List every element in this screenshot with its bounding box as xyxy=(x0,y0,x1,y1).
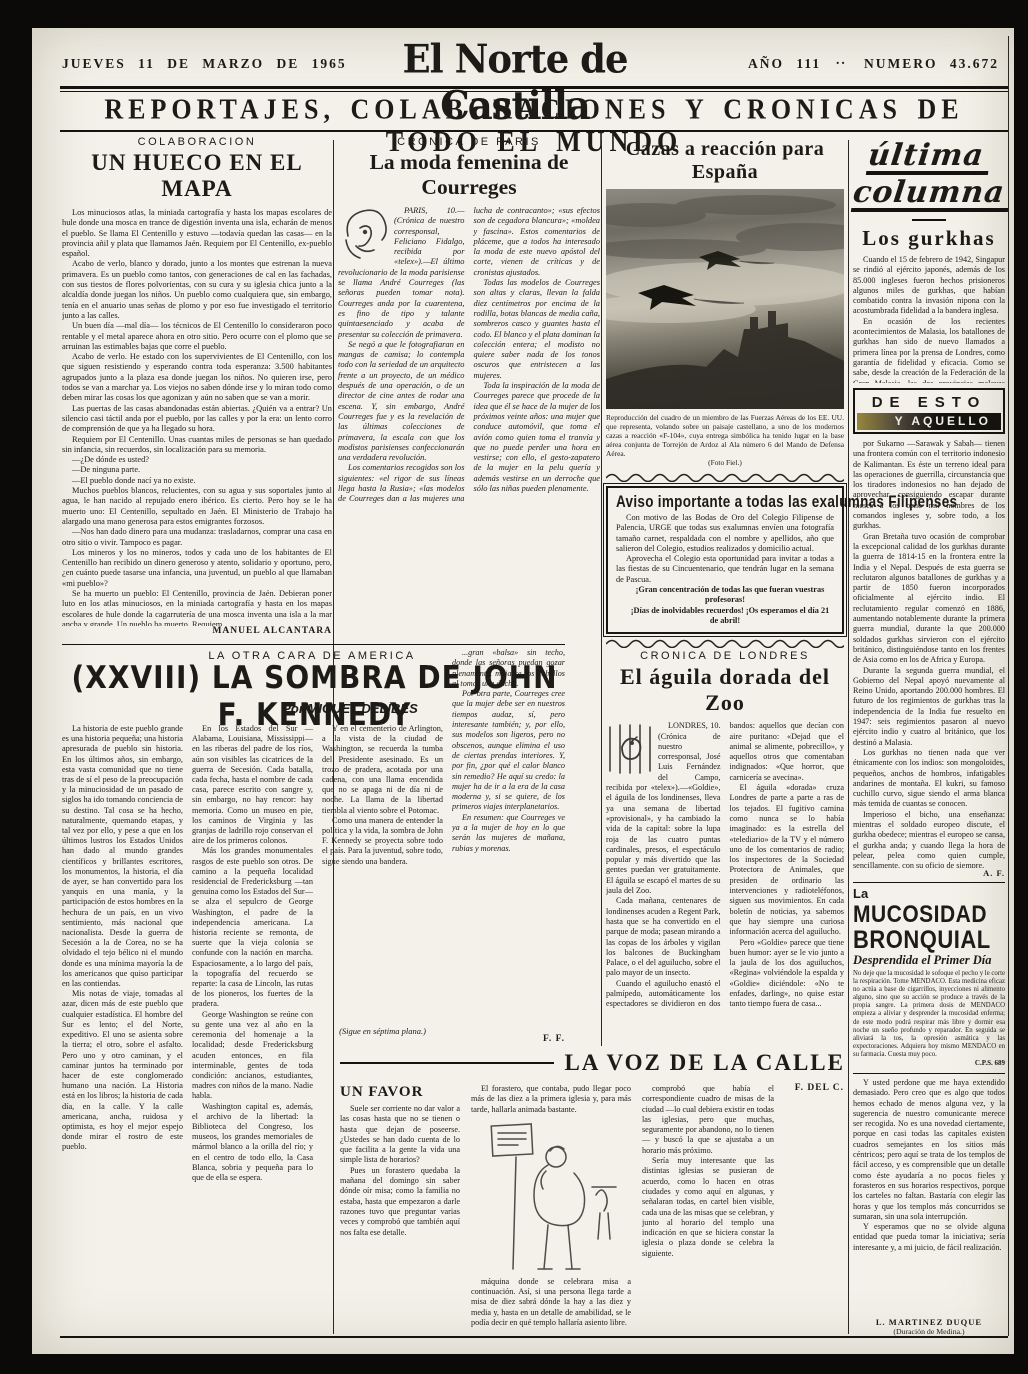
newspaper-page: JUEVES 11 DE MARZO DE 1965 El Norte de C… xyxy=(0,0,1028,1374)
ad-word2: BRONQUIAL xyxy=(853,925,991,955)
hueco-body: Los minuciosos atlas, la miniada cartogr… xyxy=(62,208,332,626)
ad-prefix: La xyxy=(853,886,868,901)
column-rule-c-d xyxy=(848,140,849,1334)
column-d: última columna Los gurkhas Cuando el 15 … xyxy=(853,140,1005,1336)
masthead-year: AÑO 111 xyxy=(748,56,821,72)
courreges-kicker: CRONICA DE PARIS xyxy=(338,136,600,148)
paragraph: Como una manera de entender la política … xyxy=(322,816,443,867)
kennedy-col2: En los Estados del Sur —Alabama, Louisia… xyxy=(192,724,313,1334)
lavoz-header: LA VOZ DE LA CALLE xyxy=(340,1050,845,1076)
unfavor-body-1: Suele ser corriente no dar valor a las c… xyxy=(340,1104,460,1356)
wavy-divider xyxy=(606,473,844,482)
jets-photo xyxy=(606,189,844,409)
lavoz-headline: LA VOZ DE LA CALLE xyxy=(564,1050,845,1076)
paragraph: Imperioso el bicho, una enseñanza: mient… xyxy=(853,810,1005,868)
lavoz-signature-note: (Duración de Medina.) xyxy=(853,1327,1005,1336)
paragraph: Con motivo de las Bodas de Oro del Coleg… xyxy=(616,513,834,554)
aviso-title: Aviso importante a todas las exalumnas F… xyxy=(616,493,834,511)
de-esto-label: DE ESTO xyxy=(857,392,1001,413)
lavoz-signature: L. MARTINEZ DUQUE xyxy=(853,1317,1005,1327)
paragraph: En los Estados del Sur —Alabama, Louisia… xyxy=(192,724,313,846)
paragraph: Washington capital es, además, el archiv… xyxy=(192,1102,313,1184)
paragraph: —El pueblo donde nací ya no existe. xyxy=(62,476,332,486)
hueco-signature: MANUEL ALCANTARA xyxy=(62,626,332,636)
column-rule-b-c xyxy=(601,140,602,1046)
paragraph: Suele ser corriente no dar valor a las c… xyxy=(340,1104,460,1166)
jets-photo-art xyxy=(606,189,844,409)
paragraph: Mis notas de viaje, tomadas al azar, dic… xyxy=(62,989,183,1152)
lavoz-right-column: Y usted perdone que me haya extendido de… xyxy=(853,1073,1005,1336)
wavy-divider xyxy=(606,639,844,648)
paragraph: Los gurkhas no tienen nada que ver étnic… xyxy=(853,748,1005,810)
gurkhas-body-after: por Sukarno —Sarawak y Sabah— tienen una… xyxy=(853,439,1005,868)
lavoz-columns: UN FAVOR Suele ser corriente no dar valo… xyxy=(340,1084,845,1356)
lavoz-section: LA VOZ DE LA CALLE UN FAVOR Suele ser co… xyxy=(340,1050,845,1356)
paragraph: Requiem por El Centenillo. Unas cuantas … xyxy=(62,435,332,456)
column-c: Cazas a reacción para España xyxy=(606,138,844,1093)
paragraph: ¡Gran concentración de todas las que fue… xyxy=(616,585,834,606)
aviso-body: Con motivo de las Bodas de Oro del Coleg… xyxy=(616,513,834,626)
gurkhas-body-before: Cuando el 15 de febrero de 1942, Singapu… xyxy=(853,255,1005,383)
paragraph: Cuando el 15 de febrero de 1942, Singapu… xyxy=(853,255,1005,317)
paragraph: Y en el cementerio de Arlington, a la vi… xyxy=(322,724,443,816)
aviso-box: Aviso importante a todas las exalumnas F… xyxy=(606,486,844,634)
paragraph: ¡Días de inolvidables recuerdos! ¡Os esp… xyxy=(616,606,834,627)
ultima-columna-logo: última columna xyxy=(853,140,1005,212)
londres-body: LONDRES, 10. (Crónica de nuestro corresp… xyxy=(606,721,844,1083)
paragraph: —De ninguna parte. xyxy=(62,465,332,475)
paragraph: Toda la inspiración de la moda de Courre… xyxy=(474,381,601,494)
paragraph: George Washington se reúne con su gente … xyxy=(192,1010,313,1102)
cazas-photo-credit: (Foto Fiel.) xyxy=(606,458,844,467)
ad-headline-1: La MUCOSIDAD xyxy=(853,885,1005,927)
cazas-caption: Reproducción del cuadro de un miembro de… xyxy=(606,413,844,458)
unfavor-body-2-top: El forastero, que contaba, pudo llegar p… xyxy=(471,1084,631,1115)
paragraph: Acabo de verlo, blanco y dorado, junto a… xyxy=(62,259,332,321)
hueco-kicker: COLABORACION xyxy=(62,136,332,148)
unfavor-body-2-bottom: máquina donde se celebrara misa a contin… xyxy=(471,1277,631,1356)
paragraph: comprobó que había el correspondiente cu… xyxy=(642,1084,774,1156)
paragraph: Pues un forastero quedaba la mañana del … xyxy=(340,1166,460,1238)
eagle-sketch xyxy=(606,721,654,777)
paragraph: máquina donde se celebrara misa a contin… xyxy=(471,1277,631,1328)
masthead-rule-thin xyxy=(60,91,1008,92)
unfavor-headline: UN FAVOR xyxy=(340,1084,460,1101)
article-courreges: CRONICA DE PARIS La moda femenina de Cou… xyxy=(338,136,600,624)
lavoz-rule-left xyxy=(340,1062,554,1064)
courreges-sketch xyxy=(338,206,390,264)
ultima-logo-line2: columna xyxy=(851,177,1013,212)
paragraph: Los minuciosos atlas, la miniada cartogr… xyxy=(62,208,332,259)
ultima-logo-line1: última xyxy=(866,140,992,175)
unfavor-column-3: comprobó que había el correspondiente cu… xyxy=(642,1084,774,1356)
article-hueco: COLABORACION UN HUECO EN EL MAPA Los min… xyxy=(62,136,332,636)
castle-silhouette xyxy=(606,311,844,409)
masthead-separator: .. xyxy=(836,52,847,68)
courreges-headline: La moda femenina de Courreges xyxy=(338,150,600,200)
londres-headline: El águila dorada del Zoo xyxy=(606,664,844,716)
paragraph: Muchos pueblos blancos, relucientes, con… xyxy=(62,486,332,527)
kennedy-byline: Por MIGUEL DELIBES xyxy=(250,701,450,716)
paragraph: Un buen día —mal día— los técnicos de El… xyxy=(62,321,332,352)
gurkhas-headline: Los gurkhas xyxy=(853,226,1005,251)
paragraph: Gran Bretaña tuvo ocasión de comprobar l… xyxy=(853,532,1005,666)
mendaco-ad: La MUCOSIDAD BRONQUIAL Desprendida el Pr… xyxy=(853,882,1005,1067)
paragraph: Cada mañana, centenares de londinenses a… xyxy=(606,896,721,978)
paragraph: Todas las modelos de Courreges son altas… xyxy=(474,278,601,381)
kennedy-headline: (XXVIII) LA SOMBRA DE JOHN F. KENNEDY xyxy=(62,659,567,733)
paragraph: Durante la segunda guerra mundial, el Go… xyxy=(853,666,1005,748)
ad-subtitle: Desprendida el Primer Día xyxy=(853,953,1005,968)
courreges-body: PARIS, 10.—(Crónica de nuestro correspon… xyxy=(338,206,600,624)
kennedy-col1: La historia de este pueblo grande es una… xyxy=(62,724,183,1334)
paragraph: En ocasión de los recientes acontecimien… xyxy=(853,317,1005,383)
ad-code: C.P.S. 689 xyxy=(853,1059,1005,1067)
paragraph: Se negó a que le fotografiaran en mangas… xyxy=(338,340,465,464)
kennedy-top-rule xyxy=(62,644,565,645)
paragraph: Los mineros y los no mineros, todos y ca… xyxy=(62,548,332,589)
paragraph: El forastero, que contaba, pudo llegar p… xyxy=(471,1084,631,1115)
paragraph: por Sukarno —Sarawak y Sabah— tienen una… xyxy=(853,439,1005,532)
paragraph: Se ha muerto un pueblo: El Centenillo, p… xyxy=(62,589,332,626)
lavoz-right-body: Y usted perdone que me haya extendido de… xyxy=(853,1078,1005,1317)
paragraph: Y esperamos que no se olvide alguna enti… xyxy=(853,1222,1005,1253)
paragraph: La historia de este pueblo grande es una… xyxy=(62,724,183,989)
street-cartoon-sketch xyxy=(476,1117,626,1275)
ad-body: No deje que la mucosidad le sofoque el p… xyxy=(853,970,1005,1059)
paragraph: Las puertas de las casas abandonadas est… xyxy=(62,404,332,435)
paragraph: Acabo de verlo. He estado con los superv… xyxy=(62,352,332,403)
unfavor-column-1: UN FAVOR Suele ser corriente no dar valo… xyxy=(340,1084,460,1356)
hueco-headline: UN HUECO EN EL MAPA xyxy=(62,150,332,202)
kennedy-continuation-note: (Sigue en séptima plana.) xyxy=(322,1026,443,1036)
paragraph: Aprovecha el Colegio esta oportunidad pa… xyxy=(616,554,834,585)
masthead-rule-thick xyxy=(60,86,1008,89)
cazas-headline: Cazas a reacción para España xyxy=(606,138,844,184)
unfavor-column-2: El forastero, que contaba, pudo llegar p… xyxy=(471,1084,631,1356)
londres-article: LONDRES, 10. (Crónica de nuestro corresp… xyxy=(606,721,844,1093)
de-esto-y-aquello-box: DE ESTO Y AQUELLO xyxy=(853,388,1005,434)
paragraph: Pero «Goldie» parece que tiene buen humo… xyxy=(730,938,845,1010)
masthead-number: NUMERO 43.672 xyxy=(864,56,999,72)
paragraph: Y usted perdone que me haya extendido de… xyxy=(853,1078,1005,1222)
paragraph: —¿De dónde es usted? xyxy=(62,455,332,465)
paragraph: —Nos han dado dinero para una mudanza: t… xyxy=(62,527,332,548)
y-aquello-label: Y AQUELLO xyxy=(857,413,1001,430)
paragraph: En resumen: que Courreges ve ya a la muj… xyxy=(452,813,565,854)
kennedy-col3: Y en el cementerio de Arlington, a la vi… xyxy=(322,724,443,1020)
londres-kicker: CRONICA DE LONDRES xyxy=(606,650,844,662)
masthead-date: JUEVES 11 DE MARZO DE 1965 xyxy=(62,56,347,72)
ultima-rule xyxy=(912,219,946,221)
courreges-signature: F. F. xyxy=(452,1034,565,1044)
paragraph: Más los grandes monumentales rasgos de e… xyxy=(192,846,313,1009)
gurkhas-signature: A. F. xyxy=(853,868,1005,878)
banner-rule xyxy=(60,130,1008,132)
paragraph: El águila «dorada» cruza Londres de part… xyxy=(730,783,845,937)
column-rule-right-edge xyxy=(1008,36,1009,1336)
paragraph: Sería muy interesante que las distintas … xyxy=(642,1156,774,1259)
